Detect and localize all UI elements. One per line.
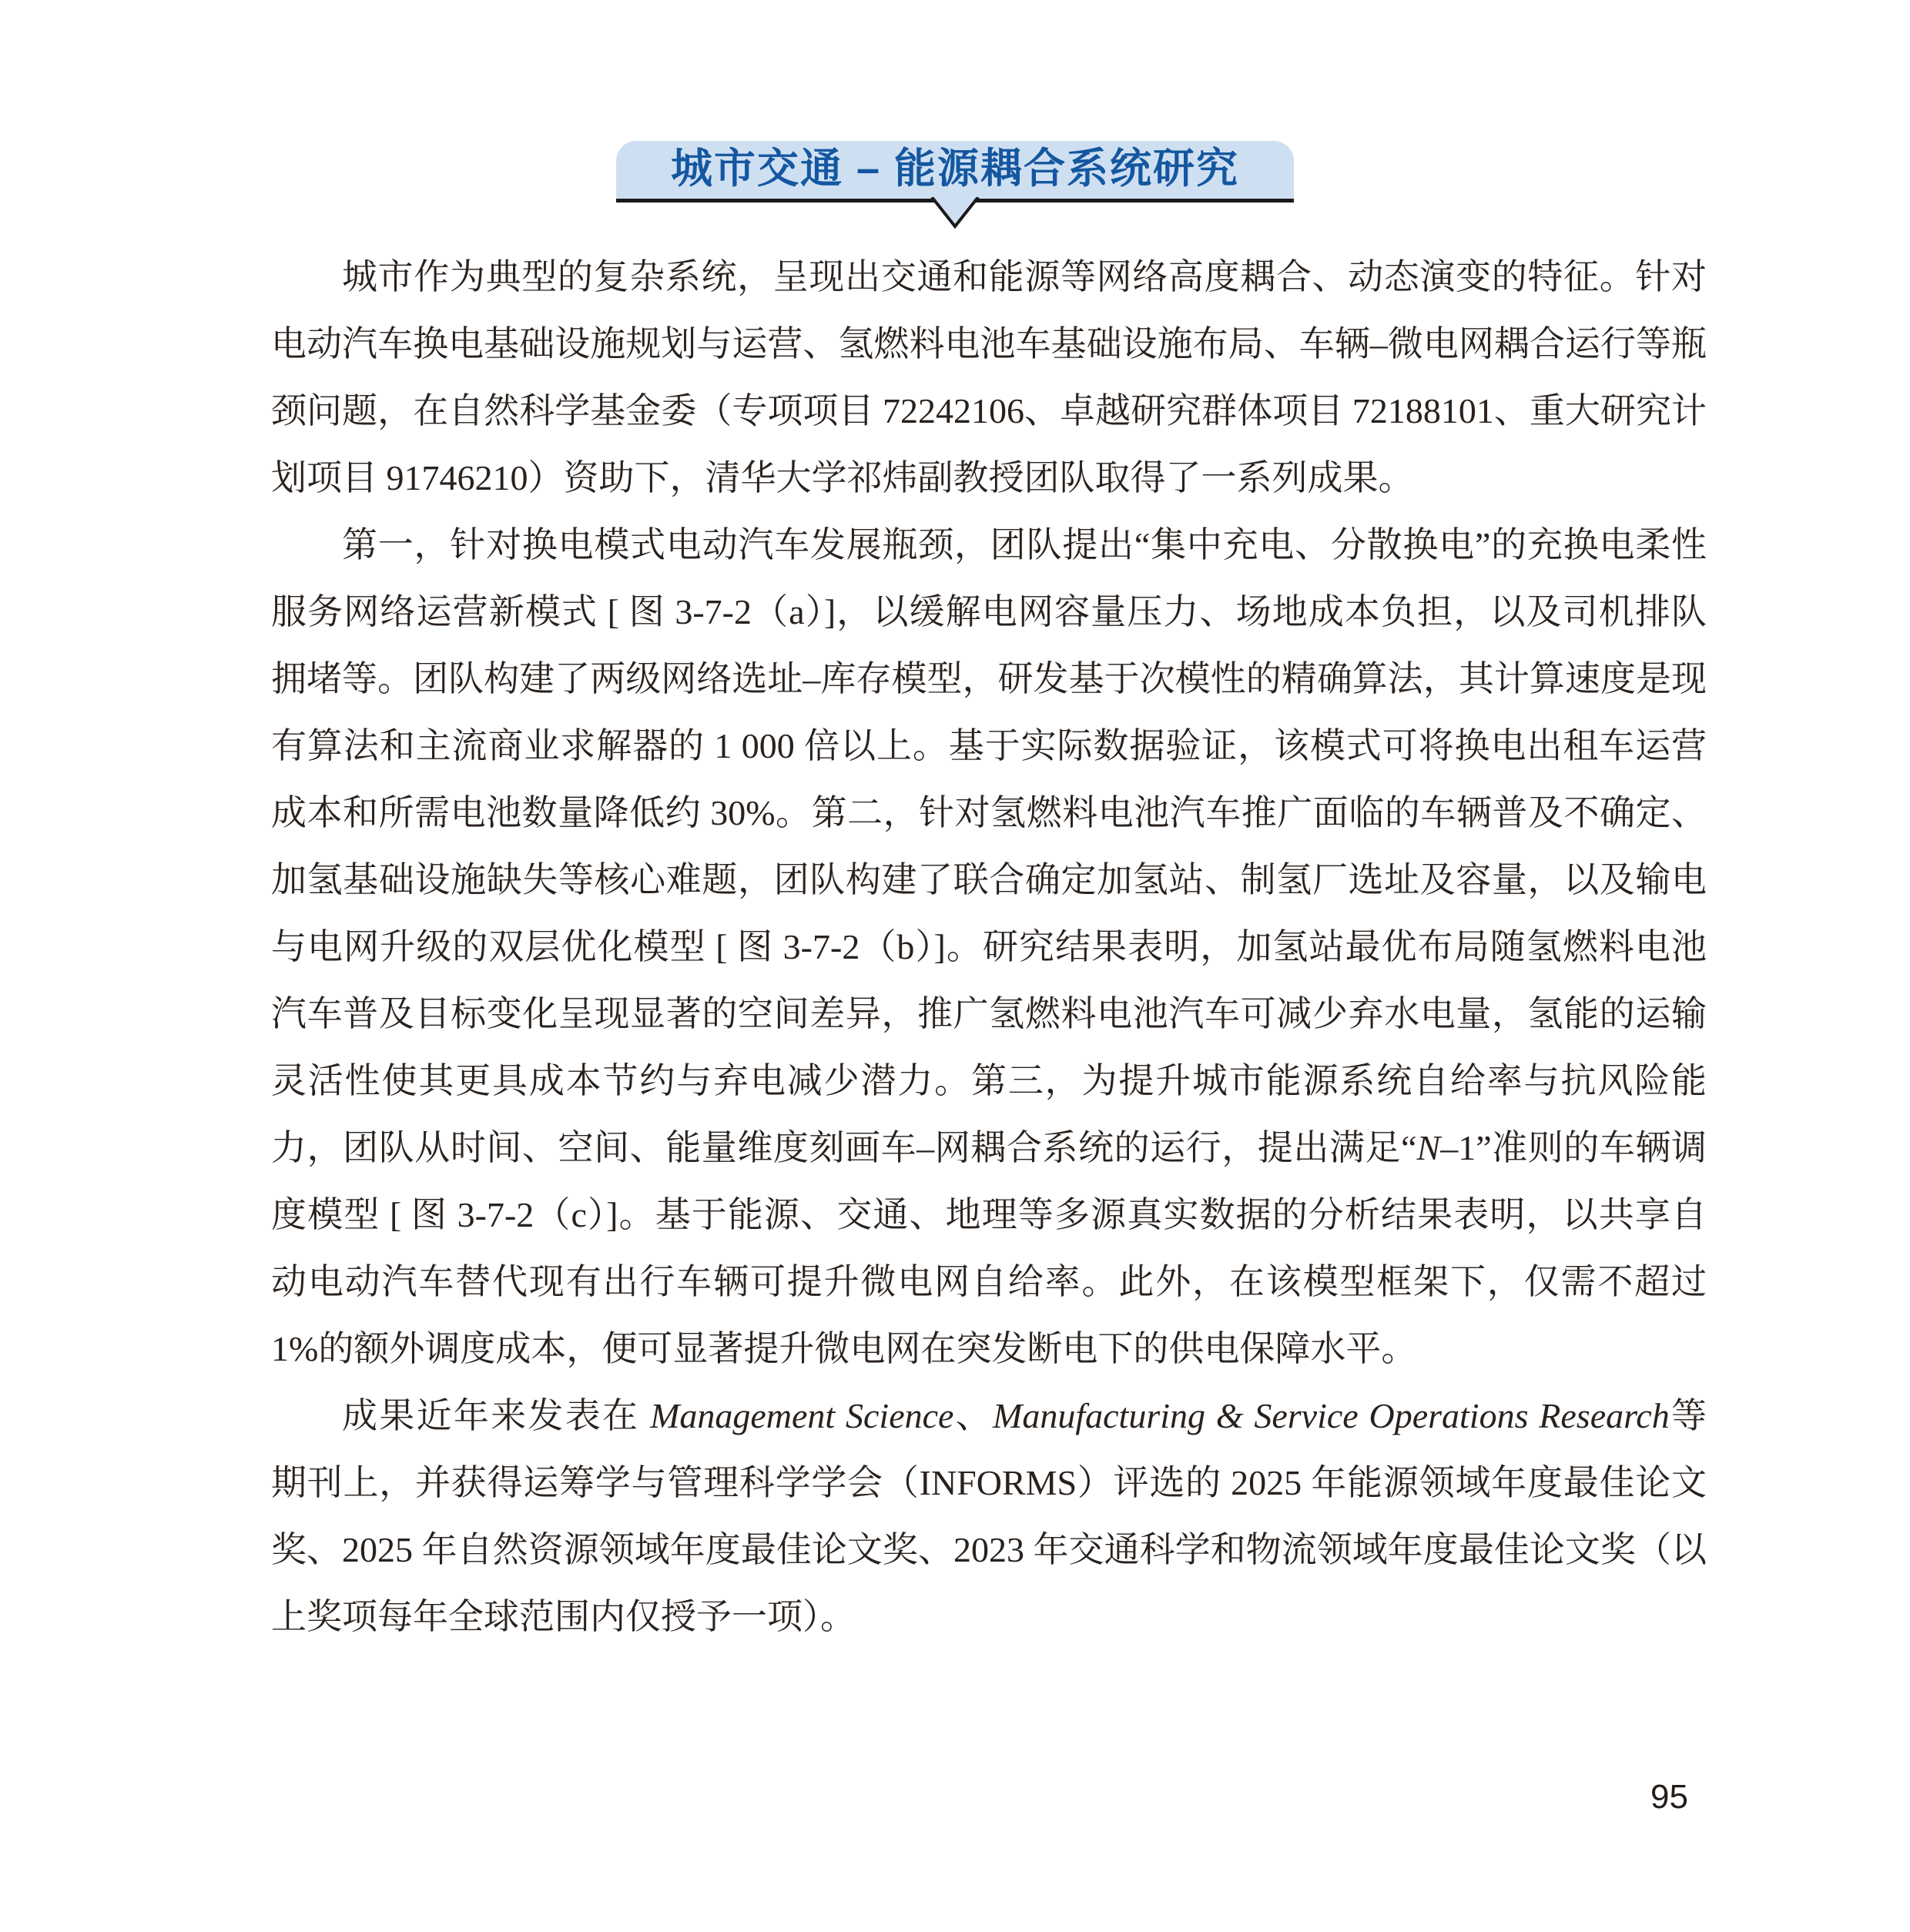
italic-text-run: N — [1417, 1128, 1441, 1167]
paragraph: 成果近年来发表在 Management Science、Manufacturin… — [271, 1382, 1707, 1650]
text-run: 、 — [953, 1396, 993, 1435]
document-page: 城市交通 – 能源耦合系统研究 城市作为典型的复杂系统，呈现出交通和能源等网络高… — [0, 0, 1910, 1932]
paragraph: 第一，针对换电模式电动汽车发展瓶颈，团队提出“集中充电、分散换电”的充换电柔性服… — [271, 511, 1707, 1382]
italic-text-run: Manufacturing & Service Operations Resea… — [993, 1396, 1670, 1435]
banner-pointer-icon — [929, 197, 981, 229]
text-run: 第一，针对换电模式电动汽车发展瓶颈，团队提出“集中充电、分散换电”的充换电柔性服… — [271, 525, 1707, 1167]
title-banner: 城市交通 – 能源耦合系统研究 — [616, 141, 1294, 203]
text-run: 城市作为典型的复杂系统，呈现出交通和能源等网络高度耦合、动态演变的特征。针对电动… — [271, 257, 1707, 497]
paragraph: 城市作为典型的复杂系统，呈现出交通和能源等网络高度耦合、动态演变的特征。针对电动… — [271, 243, 1707, 511]
text-run: 成果近年来发表在 — [342, 1396, 650, 1435]
article-body: 城市作为典型的复杂系统，呈现出交通和能源等网络高度耦合、动态演变的特征。针对电动… — [271, 243, 1707, 1650]
page-title: 城市交通 – 能源耦合系统研究 — [671, 148, 1239, 193]
italic-text-run: Management Science — [650, 1396, 953, 1435]
page-number: 95 — [1650, 1780, 1688, 1814]
title-banner-wrap: 城市交通 – 能源耦合系统研究 — [0, 141, 1910, 203]
